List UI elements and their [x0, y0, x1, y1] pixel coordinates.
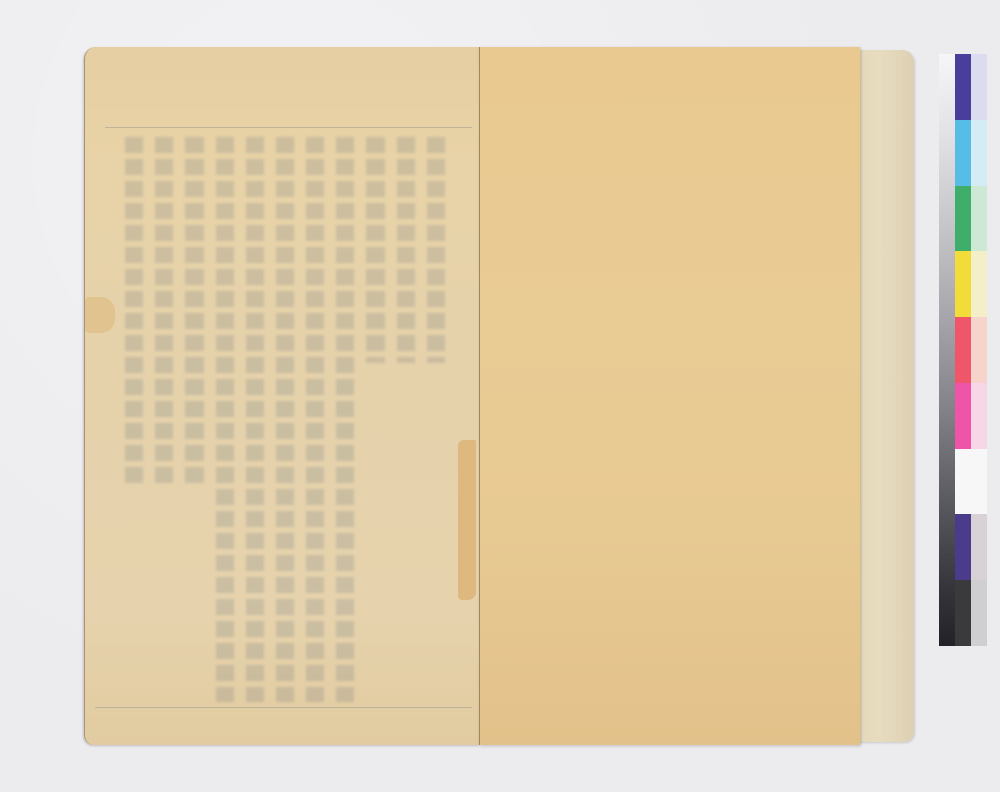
patch-strong [955, 580, 971, 646]
paper-stain [85, 297, 115, 333]
print-frame-top-line [105, 127, 472, 128]
text-column [125, 137, 143, 487]
patch-strong [955, 449, 971, 515]
text-column [185, 137, 203, 487]
color-patch-green [955, 186, 987, 252]
binding-repair-strip [458, 440, 476, 600]
color-patch-cyan [955, 120, 987, 186]
left-page [84, 47, 480, 745]
show-through-text [125, 137, 445, 702]
color-calibration-strip [939, 54, 987, 646]
color-patch-purple [955, 514, 987, 580]
patch-light [971, 580, 987, 646]
patch-strong [955, 186, 971, 252]
text-column [276, 137, 294, 702]
text-column [155, 137, 173, 487]
patch-light [971, 54, 987, 120]
patch-strong [955, 120, 971, 186]
text-column [427, 137, 445, 363]
patch-light [971, 383, 987, 449]
patch-light [971, 251, 987, 317]
patch-strong [955, 317, 971, 383]
text-column [336, 137, 354, 702]
color-patches [955, 54, 987, 646]
patch-strong [955, 383, 971, 449]
color-patch-white [955, 449, 987, 515]
color-patch-magenta [955, 383, 987, 449]
patch-light [971, 120, 987, 186]
text-column [246, 137, 264, 702]
color-patch-yellow [955, 251, 987, 317]
text-column [366, 137, 384, 363]
patch-light [971, 514, 987, 580]
patch-strong [955, 514, 971, 580]
grayscale-ramp [939, 54, 955, 646]
patch-light [971, 449, 987, 515]
text-column [397, 137, 415, 363]
right-page [479, 47, 860, 745]
text-column [216, 137, 234, 702]
color-patch-violet [955, 54, 987, 120]
print-frame-bottom-line [95, 707, 472, 708]
text-column [306, 137, 324, 702]
patch-strong [955, 251, 971, 317]
patch-light [971, 186, 987, 252]
patch-light [971, 317, 987, 383]
patch-strong [955, 54, 971, 120]
color-patch-black [955, 580, 987, 646]
color-patch-red [955, 317, 987, 383]
open-book [84, 47, 914, 745]
